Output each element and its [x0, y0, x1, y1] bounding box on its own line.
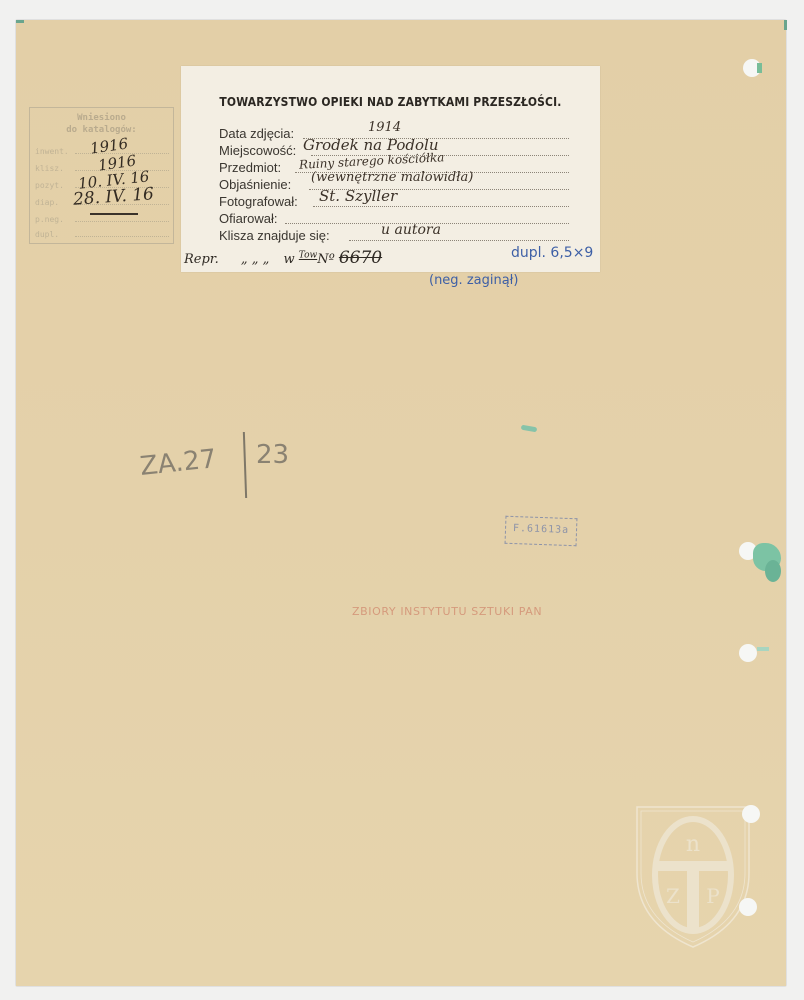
- pencil-signature: 23: [256, 440, 289, 470]
- field-label: Objaśnienie:: [219, 177, 291, 192]
- binding-tab-remnant: [757, 63, 762, 73]
- binding-tab-remnant: [757, 647, 769, 651]
- plate-number: 6670: [339, 248, 382, 268]
- binding-tab-remnant: [765, 560, 781, 582]
- negative-lost-note: (neg. zaginął): [429, 273, 518, 288]
- field-label: Przedmiot:: [219, 160, 281, 175]
- duplicate-note: dupl. 6,5×9: [511, 245, 593, 261]
- negative-number-stamp: F.61613a: [505, 516, 578, 546]
- field-value: (wewnętrzne malowidła): [311, 170, 473, 185]
- field-label: Fotografował:: [219, 194, 298, 209]
- underline: [90, 213, 138, 215]
- society-label: TOWARZYSTWO OPIEKI NAD ZABYTKAMI PRZESZŁ…: [181, 66, 600, 272]
- field-label: Data zdjęcia:: [219, 126, 294, 141]
- punch-hole: [739, 898, 757, 916]
- field-label: Miejscowość:: [219, 143, 296, 158]
- punch-hole: [742, 805, 760, 823]
- field-label: Klisza znajduje się:: [219, 228, 330, 243]
- institution-stamp: ZBIORY INSTYTUTU SZTUKI PAN: [352, 605, 542, 618]
- svg-text:Z: Z: [666, 884, 680, 908]
- field-label: Ofiarował:: [219, 211, 278, 226]
- repr-line: Repr. „ „ „ w TowNº 6670: [184, 248, 382, 268]
- card-corner-mark: [784, 20, 787, 30]
- punch-hole: [739, 644, 757, 662]
- stamp-row: dupl.: [35, 230, 169, 239]
- label-title: TOWARZYSTWO OPIEKI NAD ZABYTKAMI PRZESZŁ…: [210, 94, 570, 109]
- svg-text:P: P: [706, 884, 719, 908]
- stamp-heading: Wniesiono: [30, 113, 173, 123]
- card-corner-mark: [16, 20, 24, 23]
- field-value: St. Szyller: [319, 187, 397, 205]
- stamp-row: p.neg.: [35, 215, 169, 224]
- svg-text:n: n: [686, 832, 700, 857]
- stamp-heading: do katalogów:: [30, 125, 173, 135]
- field-value: u autora: [381, 222, 441, 238]
- society-watermark-icon: n Z P: [633, 803, 753, 949]
- field-value: 1914: [368, 120, 401, 135]
